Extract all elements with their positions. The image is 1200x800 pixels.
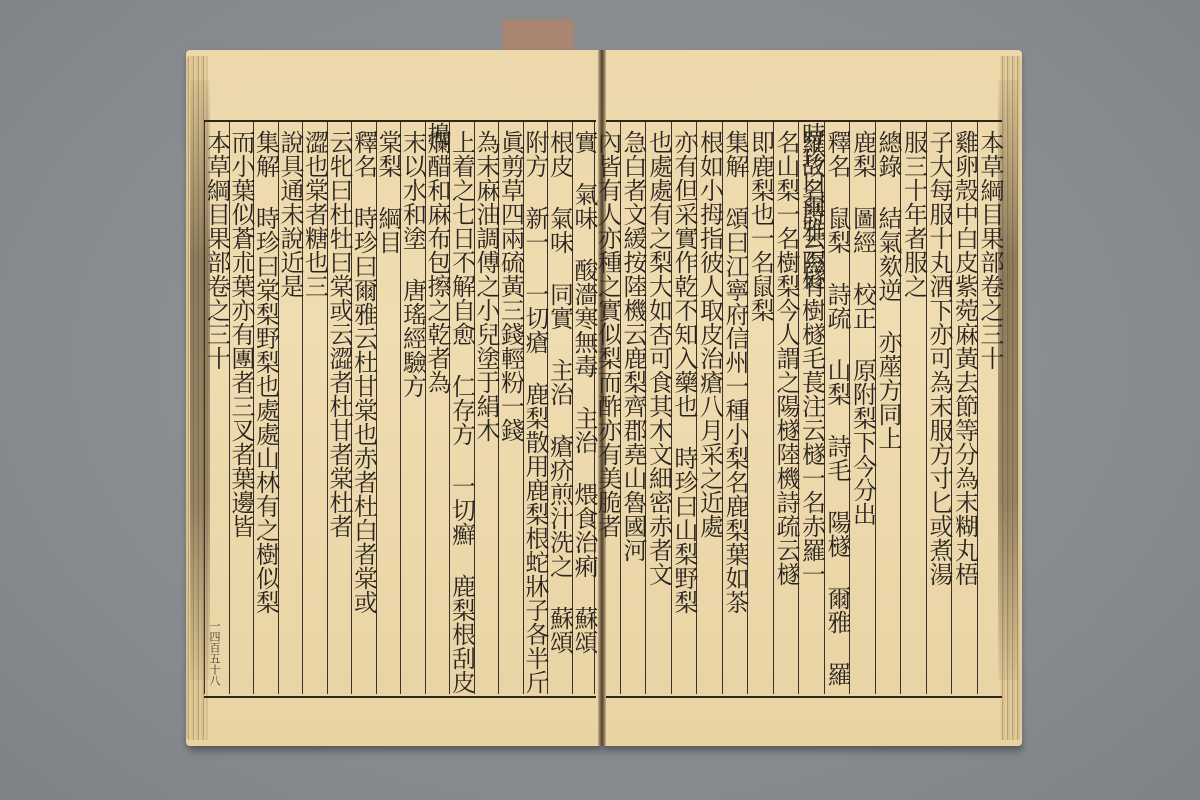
left-column: 棠梨 綱目 (376, 122, 401, 694)
left-column: 為末麻油調傅之小兒塗于絹木 (474, 122, 499, 694)
column-text: 羅故名詩云隰有樹檖毛萇注云檖一名赤羅一 (798, 122, 826, 586)
left-column: 集解 時珍曰棠梨野梨也處處山林有之樹似梨 (253, 122, 278, 694)
column-text: 名山梨一名樹梨今人謂之陽檖陸機詩疏云檖 (772, 122, 800, 586)
column-text: 說具通未說近是 (276, 122, 304, 298)
column-text: 云牝曰杜牡曰棠或云澀者杜甘者棠杜者 (325, 122, 353, 538)
right-column: 本草綱目果部卷之三十 (977, 122, 1003, 694)
left-column: 澀也棠者糖也三 (302, 122, 327, 694)
column-text: 亦有但采實作乾不知入藥也 時珍曰山梨野梨 (670, 122, 698, 614)
right-column: 也處處有之梨大如杏可食其木文細密赤者文 (645, 122, 671, 694)
left-column: 釋名 時珍曰爾雅云杜甘棠也赤者杜白者棠或 (351, 122, 376, 694)
column-text: 集解 時珍曰棠梨野梨也處處山林有之樹似梨 (252, 122, 280, 614)
left-column: 云牝曰杜牡曰棠或云澀者杜甘者棠杜者 (327, 122, 352, 694)
right-column: 服三十年者服之 (900, 122, 926, 694)
column-text: 本草綱目果部卷之三十 (976, 122, 1004, 370)
column-text: 而小葉似蒼朮葉亦有團者三叉者葉邊皆 (227, 122, 255, 538)
right-column: 總錄 結氣欬逆 亦蓙方同上 (875, 122, 901, 694)
column-text: 急白者文緩按陸機云鹿梨齊郡堯山魯國河 (619, 122, 647, 562)
column-text: 實 氣味 酸濇寒無毒 主治 煨食治痢 蘇頌 (570, 122, 598, 654)
column-text: 也處處有之梨大如杏可食其木文細密赤者文 (645, 122, 673, 586)
right-column: 雞卵殼中白皮紫菀麻黃去節等分為末糊丸梧 (951, 122, 977, 694)
left-column: 爛醋和麻布包擦之乾者為 (425, 122, 450, 694)
column-text: 附方 新一 一切瘡 鹿梨散用鹿梨根蛇牀子各半斤 (521, 122, 549, 694)
column-text: 根皮 氣味 同實 主治 瘡疥煎汁洗之 蘇頌 (546, 122, 574, 654)
column-text: 棠梨 綱目 (374, 122, 402, 254)
column-text: 眞剪草四兩硫黃三錢輕粉一錢 (497, 122, 525, 442)
right-column: 釋名 鼠梨 詩疏 山梨 詩毛 陽檖 爾雅 羅 時珍曰爾雅云檖 (824, 122, 850, 694)
left-column: 末以水和塗 唐瑤經驗方 (400, 122, 425, 694)
column-text: 服三十年者服之 (900, 122, 928, 298)
page-number: 一四百五十八 (208, 620, 220, 686)
left-column: 根皮 氣味 同實 主治 瘡疥煎汁洗之 蘇頌 (547, 122, 572, 694)
column-text: 爛醋和麻布包擦之乾者為 (423, 122, 451, 394)
column-text: 子大每服十丸酒下亦可為末服方寸匕或煮湯 (925, 122, 953, 586)
right-column: 羅故名詩云隰有樹檖毛萇注云檖一名赤羅一 (798, 122, 824, 694)
column-text: 集解 頌曰江寧府信州一種小梨名鹿梨葉如茶 (721, 122, 749, 614)
right-column: 即鹿梨也一名鼠梨 (747, 122, 773, 694)
left-column: 上着之七日不解自愈 仁存方 一切癬 鹿梨根刮皮搗 (449, 122, 474, 694)
left-column: 說具通未說近是 (278, 122, 303, 694)
right-column: 集解 頌曰江寧府信州一種小梨名鹿梨葉如茶 (722, 122, 748, 694)
left-column: 而小葉似蒼朮葉亦有團者三叉者葉邊皆 (229, 122, 254, 694)
right-column: 鹿梨 圖經 校正 原附梨下今分出 (849, 122, 875, 694)
left-column: 附方 新一 一切瘡 鹿梨散用鹿梨根蛇牀子各半斤 (523, 122, 548, 694)
column-text: 本草綱目果部卷之三十 (203, 122, 231, 370)
right-column: 子大每服十丸酒下亦可為末服方寸匕或煮湯 (926, 122, 952, 694)
open-book: 本草綱目果部卷之三十雞卵殼中白皮紫菀麻黃去節等分為末糊丸梧子大每服十丸酒下亦可為… (186, 50, 1022, 746)
right-column: 亦有但采實作乾不知入藥也 時珍曰山梨野梨 (671, 122, 697, 694)
column-text: 雞卵殼中白皮紫菀麻黃去節等分為末糊丸梧 (951, 122, 979, 586)
left-column: 實 氣味 酸濇寒無毒 主治 煨食治痢 蘇頌 (572, 122, 597, 694)
column-text: 末以水和塗 唐瑤經驗方 (399, 122, 427, 398)
right-column: 根如小拇指彼人取皮治瘡八月采之近處 (696, 122, 722, 694)
column-text: 澀也棠者糖也三 (301, 122, 329, 298)
right-column: 名山梨一名樹梨今人謂之陽檖陸機詩疏云檖 (773, 122, 799, 694)
column-text: 釋名 時珍曰爾雅云杜甘棠也赤者杜白者棠或 (350, 122, 378, 614)
column-text: 總錄 結氣欬逆 亦蓙方同上 (874, 122, 902, 450)
left-column: 眞剪草四兩硫黃三錢輕粉一錢 (498, 122, 523, 694)
left-column: 本草綱目果部卷之三十 (204, 122, 229, 694)
column-text: 為末麻油調傅之小兒塗于絹木 (472, 122, 500, 442)
collector-seal (503, 20, 573, 54)
column-text: 根如小拇指彼人取皮治瘡八月采之近處 (696, 122, 724, 538)
right-column: 急白者文緩按陸機云鹿梨齊郡堯山魯國河 (620, 122, 646, 694)
column-text: 即鹿梨也一名鼠梨 (747, 122, 775, 322)
column-text: 鹿梨 圖經 校正 原附梨下今分出 (849, 122, 877, 526)
